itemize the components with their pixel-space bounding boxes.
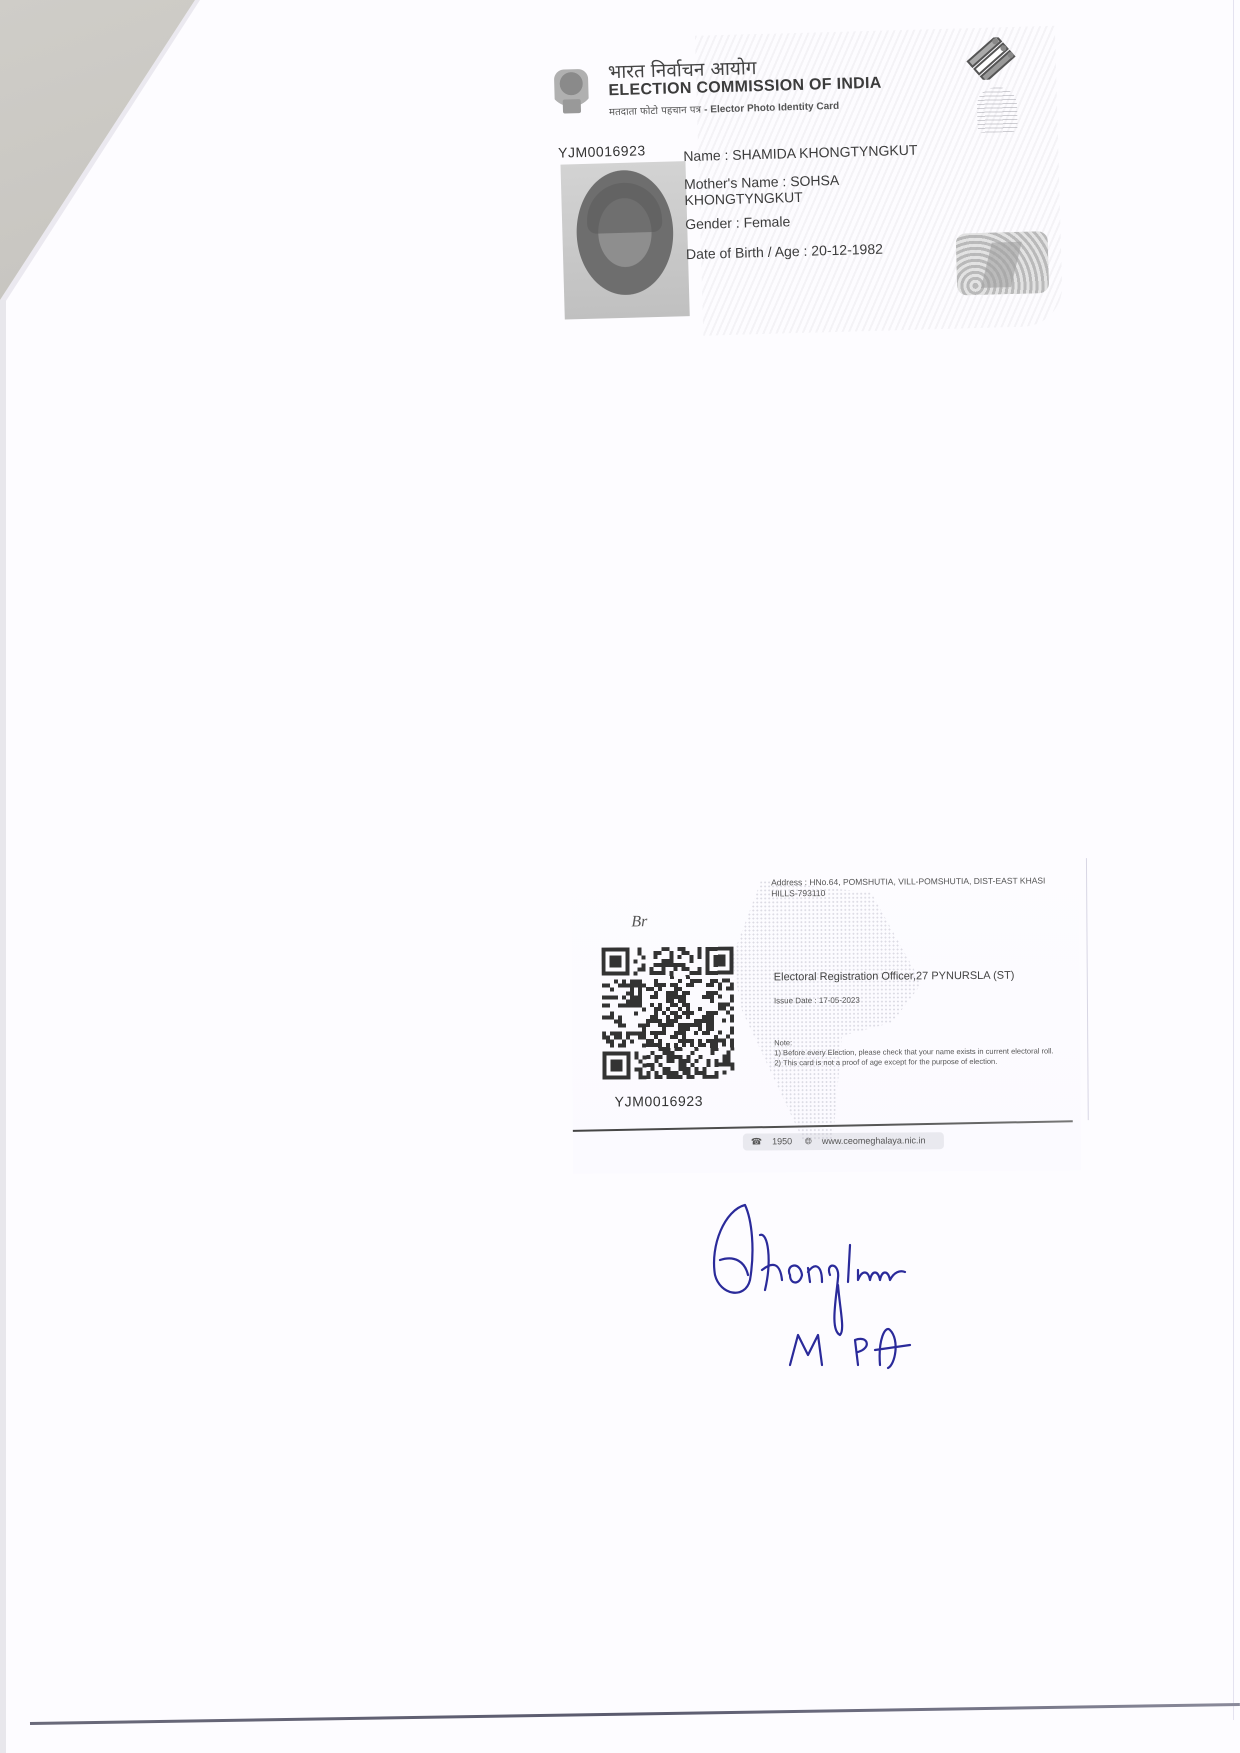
name-label: Name : bbox=[683, 147, 732, 164]
handwritten-mark: Br bbox=[631, 913, 647, 931]
website-link: www.ceomeghalaya.nic.in bbox=[822, 1135, 926, 1146]
gender-value: Female bbox=[743, 213, 790, 230]
card-footer: ☎1950 🌐︎www.ceomeghalaya.nic.in bbox=[743, 1132, 944, 1150]
phone-icon: ☎ bbox=[751, 1136, 762, 1146]
helpline-number: 1950 bbox=[772, 1136, 792, 1146]
note-block: Note: 1) Before every Election, please c… bbox=[774, 1036, 1054, 1068]
epic-number-back: YJM0016923 bbox=[615, 1093, 704, 1110]
attestation-signature bbox=[690, 1190, 950, 1370]
mother-value-line2: KHONGTYNGKUT bbox=[684, 189, 803, 208]
gender-label: Gender : bbox=[685, 215, 744, 233]
scan-left-edge bbox=[0, 300, 6, 1753]
address: Address : HNo.64, POMSHUTIA, VILL-POMSHU… bbox=[771, 875, 1061, 899]
globe-icon: 🌐︎ bbox=[805, 1136, 812, 1146]
india-map-watermark bbox=[731, 879, 933, 1140]
issue-date-label: Issue Date : bbox=[774, 996, 819, 1005]
card-edge bbox=[1086, 858, 1089, 1120]
ghost-photo-icon bbox=[977, 87, 1018, 133]
dob-value: 20-12-1982 bbox=[811, 241, 883, 259]
address-value: HNo.64, POMSHUTIA, VILL-POMSHUTIA, DIST-… bbox=[771, 875, 1045, 898]
issue-date: Issue Date : 17-05-2023 bbox=[774, 996, 860, 1006]
voter-id-front: भारत निर्वाचन आयोग ELECTION COMMISSION O… bbox=[545, 26, 1058, 345]
electoral-registration-officer: Electoral Registration Officer,27 PYNURS… bbox=[774, 970, 1015, 984]
subtitle-hindi: मतदाता फोटो पहचान पत्र bbox=[609, 105, 701, 119]
scan-bottom-edge bbox=[30, 1703, 1240, 1725]
qr-code bbox=[602, 947, 735, 1080]
epic-number: YJM0016923 bbox=[558, 142, 646, 160]
hologram-icon bbox=[956, 231, 1050, 296]
holder-photo bbox=[560, 161, 689, 319]
voter-id-back: Br YJM0016923 Address : HNo.64, POMSHUTI… bbox=[571, 848, 1081, 1174]
gender-field: Gender : Female bbox=[685, 213, 790, 232]
mother-name-field: Mother's Name : SOHSA KHONGTYNGKUT bbox=[684, 172, 840, 208]
address-label: Address : bbox=[771, 877, 809, 887]
issue-date-value: 17-05-2023 bbox=[819, 996, 860, 1005]
mother-value-line1: SOHSA bbox=[790, 172, 839, 189]
national-emblem-icon bbox=[554, 69, 589, 118]
scan-right-edge bbox=[1233, 0, 1234, 1720]
eci-logo-icon bbox=[965, 37, 1016, 80]
note-2: 2) This card is not a proof of age excep… bbox=[774, 1056, 1054, 1068]
